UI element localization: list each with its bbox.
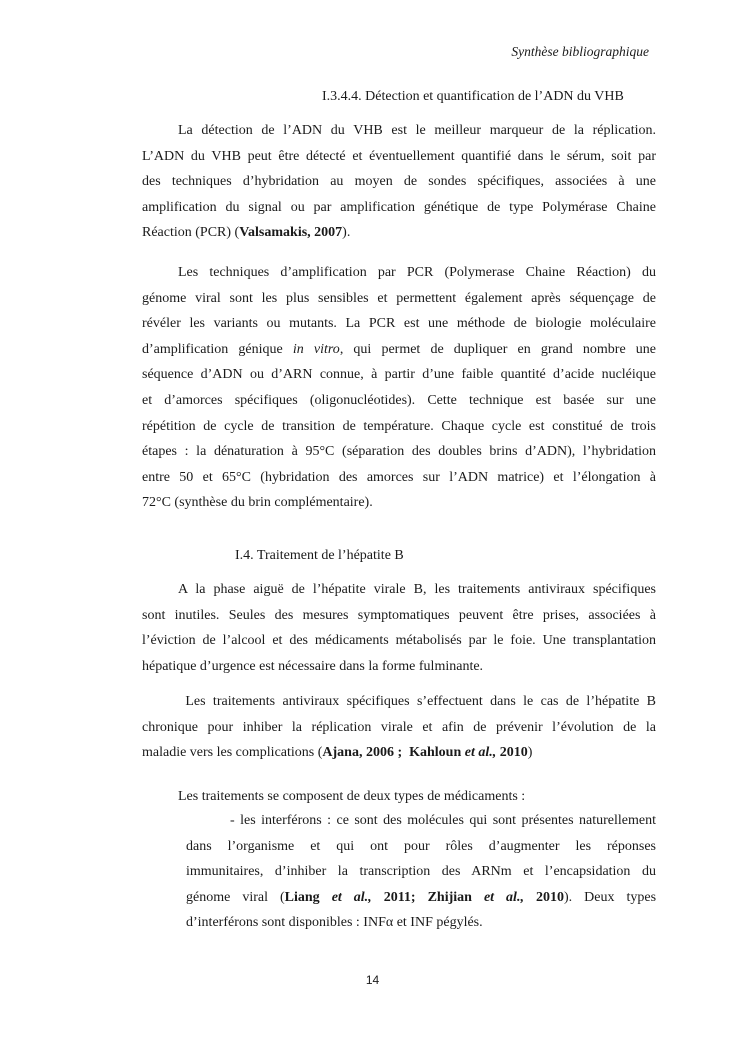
citation-etal: et al., <box>332 890 372 905</box>
paragraph-chronic-treatment: Les traitements antiviraux spécifiques s… <box>142 689 656 766</box>
text-fragment: Réaction (PCR) ( <box>142 225 239 240</box>
citation: Valsamakis, 2007 <box>239 225 342 240</box>
paragraph-drug-types: Les traitements se composent de deux typ… <box>142 784 656 810</box>
running-header: Synthèse bibliographique <box>511 44 649 60</box>
text-line: amplification du signal ou par amplifica… <box>142 195 656 221</box>
citation-text: Liang <box>285 890 332 905</box>
text-line: génome viral (Liang et al., 2011; Zhijia… <box>186 885 656 911</box>
text-line: des techniques d’hybridation au moyen de… <box>142 169 656 195</box>
paragraph-detection-intro: La détection de l’ADN du VHB est le meil… <box>142 118 656 246</box>
paragraph-acute-phase: A la phase aiguë de l’hépatite virale B,… <box>142 577 656 679</box>
citation: Ajana, 2006 ; Kahloun et al., 2010 <box>322 745 527 760</box>
citation-year: 2010 <box>524 890 564 905</box>
text-line: Les techniques d’amplification par PCR (… <box>142 260 656 286</box>
text-line: immunitaires, d’inhiber la transcription… <box>186 859 656 885</box>
text-line: entre 50 et 65°C (hybridation des amorce… <box>142 465 656 491</box>
text-line: 72°C (synthèse du brin complémentaire). <box>142 490 656 516</box>
text-fragment: ). <box>342 225 350 240</box>
document-page: Synthèse bibliographique I.3.4.4. Détect… <box>0 0 745 1053</box>
text-line: - les interférons : ce sont des molécule… <box>186 808 656 834</box>
text-line: séquence d’ADN ou d’ARN connue, à partir… <box>142 362 656 388</box>
text-fragment: maladie vers les complications ( <box>142 745 322 760</box>
text-line: Les traitements se composent de deux typ… <box>142 784 656 810</box>
page-number: 14 <box>0 973 745 987</box>
text-line: hépatique d’urgence est nécessaire dans … <box>142 654 656 680</box>
text-fragment: ). Deux types <box>564 890 656 905</box>
text-fragment: d’amplification génique <box>142 342 293 357</box>
text-line: dans l’organisme et qui ont pour rôles d… <box>186 834 656 860</box>
text-line: répétition de cycle de transition de tem… <box>142 414 656 440</box>
text-line: révéler les variants ou mutants. La PCR … <box>142 311 656 337</box>
text-line: et d’amorces spécifiques (oligonucléotid… <box>142 388 656 414</box>
citation-year: 2010 <box>496 745 528 760</box>
text-line: Les traitements antiviraux spécifiques s… <box>142 689 656 715</box>
text-line: l’éviction de l’alcool et des médicament… <box>142 628 656 654</box>
text-fragment: ) <box>528 745 533 760</box>
text-line: maladie vers les complications (Ajana, 2… <box>142 740 656 766</box>
citation-text: 2011; Zhijian <box>372 890 484 905</box>
section-heading-treatment: I.4. Traitement de l’hépatite B <box>235 548 404 564</box>
paragraph-pcr: Les techniques d’amplification par PCR (… <box>142 260 656 516</box>
text-fragment: génome viral ( <box>186 890 285 905</box>
text-line: étapes : la dénaturation à 95°C (séparat… <box>142 439 656 465</box>
text-line: L’ADN du VHB peut être détecté et éventu… <box>142 144 656 170</box>
text-fragment: , qui permet de dupliquer en grand nombr… <box>340 342 656 357</box>
section-heading-detection: I.3.4.4. Détection et quantification de … <box>322 89 624 105</box>
text-line: chronique pour inhiber la réplication vi… <box>142 715 656 741</box>
text-line: La détection de l’ADN du VHB est le meil… <box>142 118 656 144</box>
text-line: A la phase aiguë de l’hépatite virale B,… <box>142 577 656 603</box>
citation-etal: et al., <box>465 745 497 760</box>
citation-etal: et al., <box>484 890 524 905</box>
citation: Liang et al., 2011; Zhijian et al., 2010 <box>285 890 564 905</box>
italic-term: in vitro <box>293 342 340 357</box>
text-line: Réaction (PCR) (Valsamakis, 2007). <box>142 220 656 246</box>
list-item-interferons: - les interférons : ce sont des molécule… <box>186 808 656 936</box>
text-line: sont inutiles. Seules des mesures sympto… <box>142 603 656 629</box>
text-line: génome viral sont les plus sensibles et … <box>142 286 656 312</box>
text-line: d’amplification génique in vitro, qui pe… <box>142 337 656 363</box>
text-line: d’interférons sont disponibles : INFα et… <box>186 910 656 936</box>
citation-text: Ajana, 2006 ; Kahloun <box>322 745 464 760</box>
